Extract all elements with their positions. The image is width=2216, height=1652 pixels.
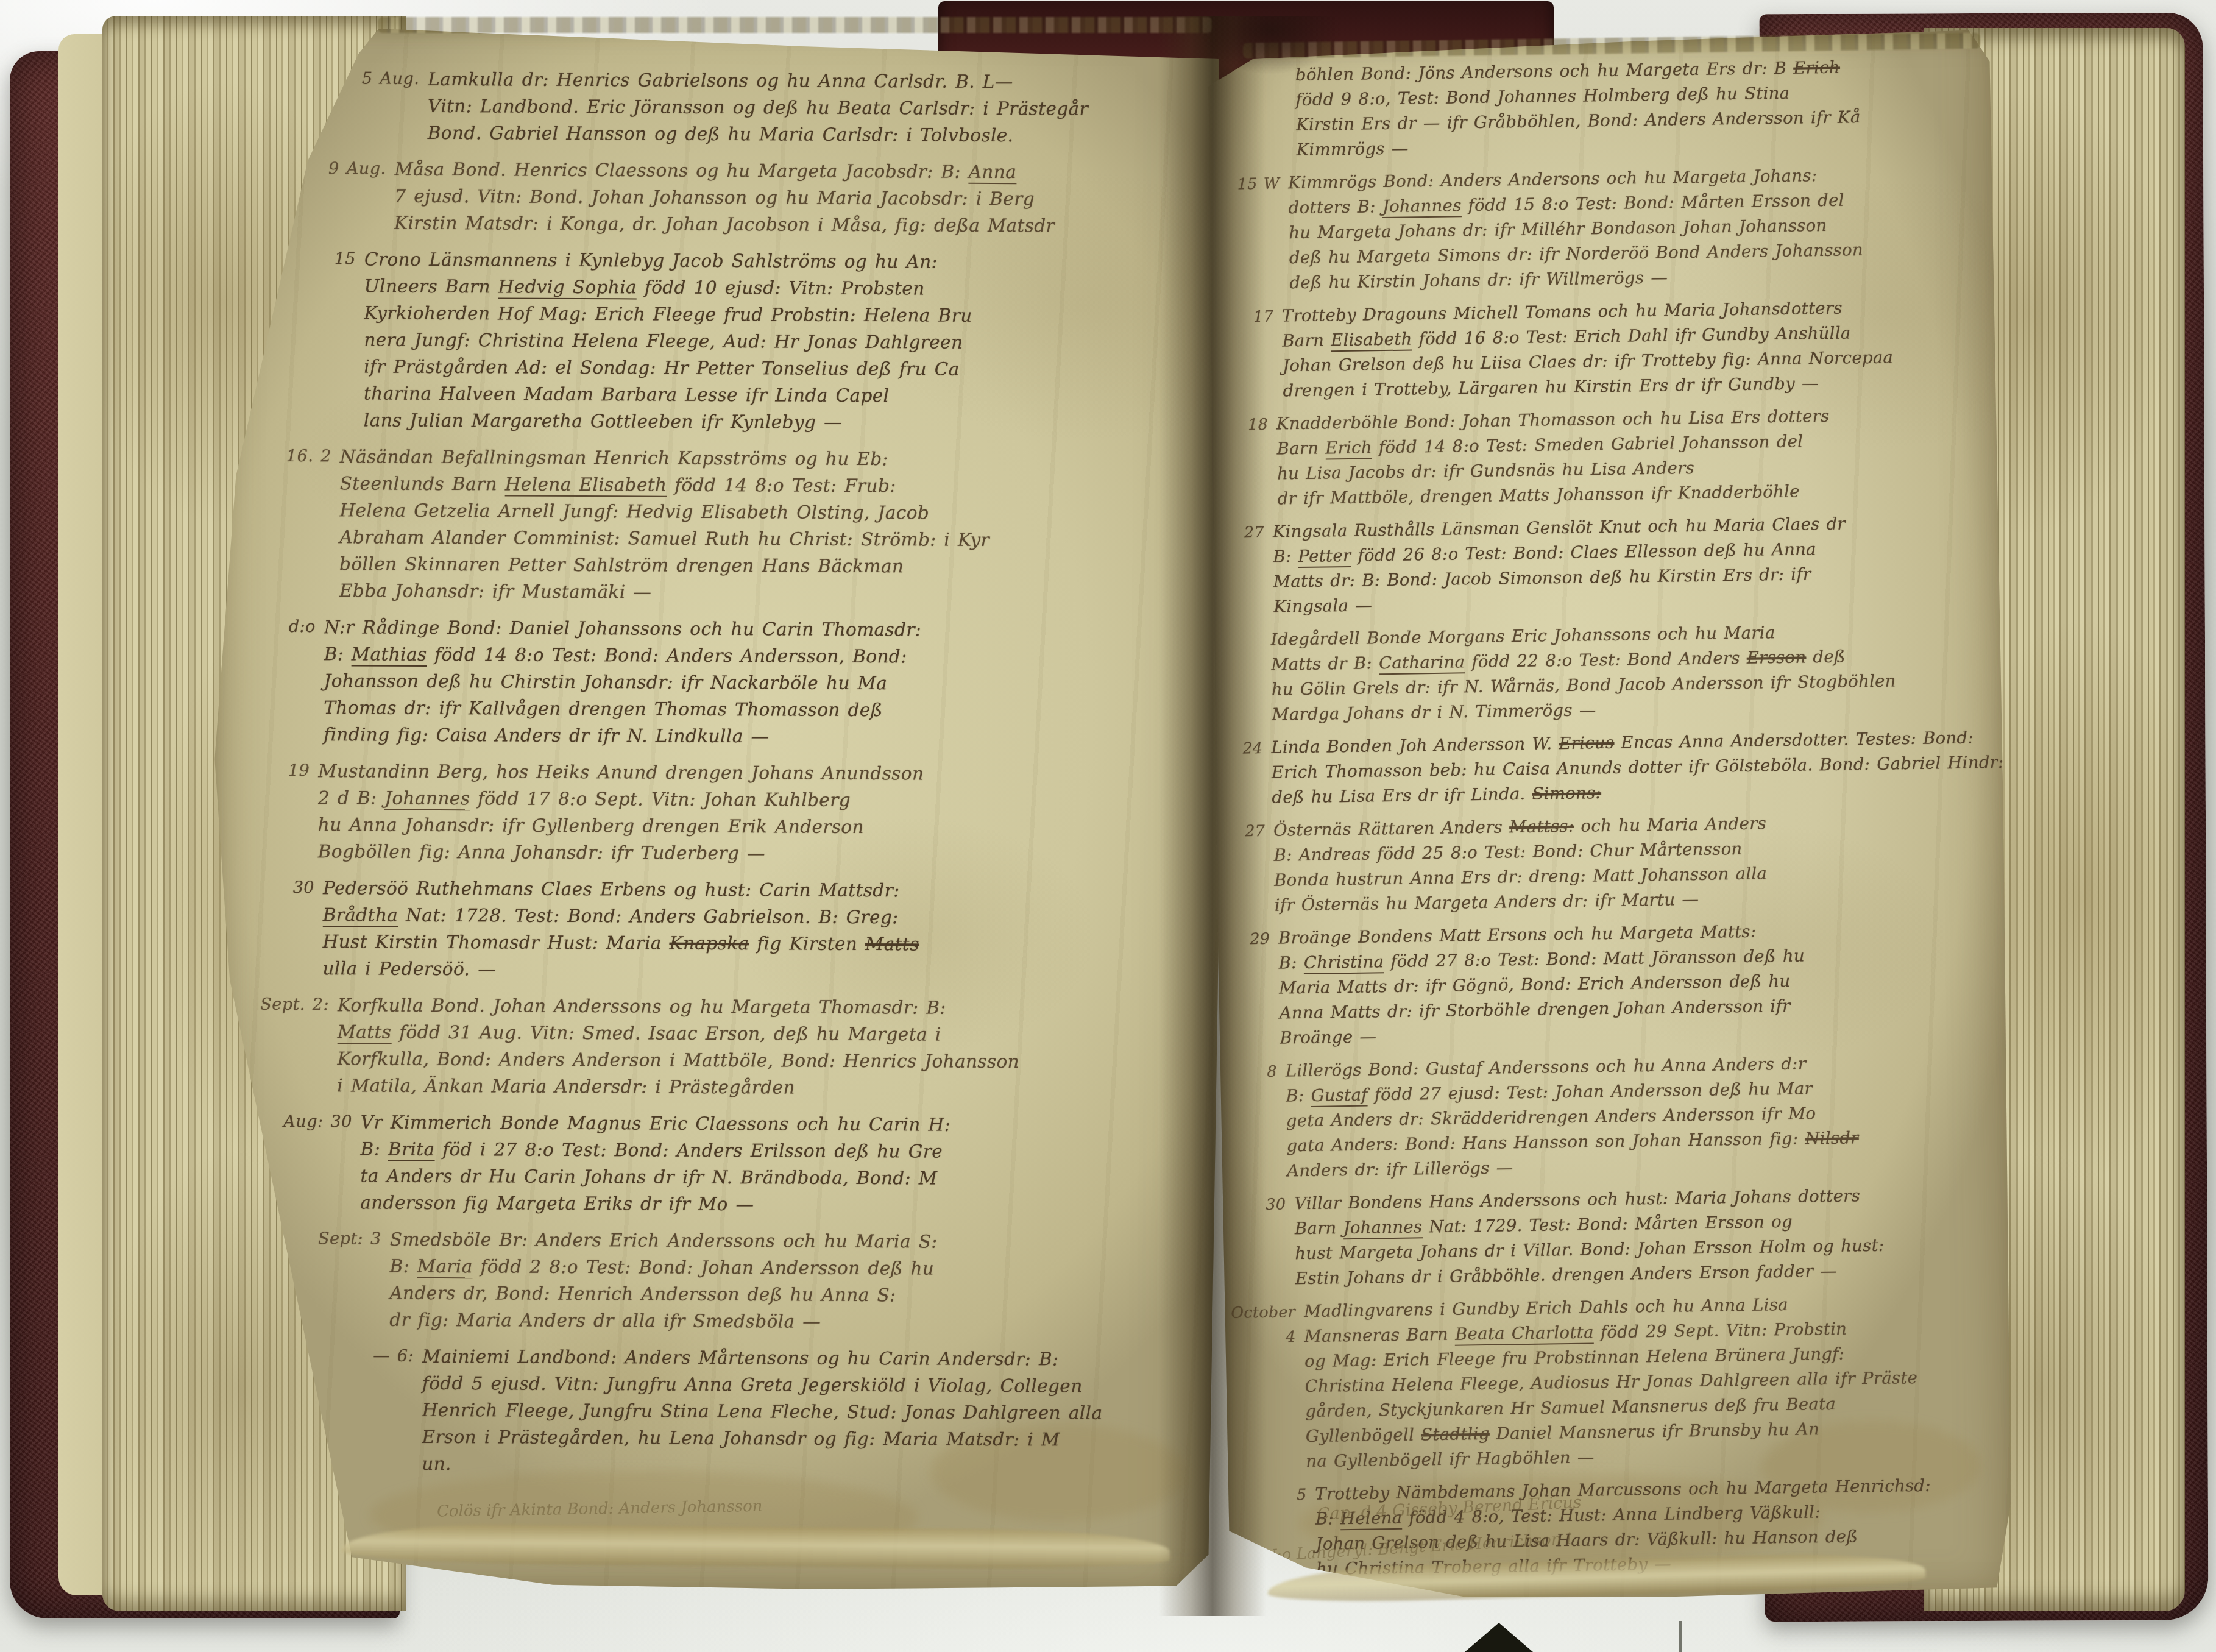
register-entry: October 4Madlingvarens i Gundby Erich Da… <box>1304 1289 2007 1474</box>
entry-line: Crono Länsmannens i Kynlebyg Jacob Sahls… <box>364 246 1175 276</box>
register-entry: 9 Aug.Måsa Bond. Henrics Claessons og hu… <box>394 156 1205 240</box>
entry-line: ta Anders dr Hu Carin Johans dr ifr N. B… <box>360 1162 1170 1193</box>
entry-line: tharina Halveen Madam Barbara Lesse ifr … <box>364 380 1174 410</box>
table-mark <box>1679 1621 1682 1652</box>
register-entry: 5 Aug.Lamkulla dr: Henrics Gabrielsons o… <box>428 66 1239 150</box>
entry-line: 7 ejusd. Vitn: Bond. Johan Johansson og … <box>394 183 1205 213</box>
entry-line: Anders dr, Bond: Henrich Andersson deß h… <box>389 1280 1200 1310</box>
entry-line: N:r Rådinge Bond: Daniel Johanssons och … <box>324 614 1135 644</box>
entry-line: Matts född 31 Aug. Vitn: Smed. Isaac Ers… <box>338 1018 1148 1049</box>
margin-date: 16. 2 <box>242 443 331 470</box>
entry-line: B: Maria född 2 8:o Test: Bond: Johan An… <box>390 1253 1200 1283</box>
entry-line: böllen Skinnaren Petter Sahlström drenge… <box>339 550 1150 581</box>
entry-line: B: Mathias född 14 8:o Test: Bond: Ander… <box>324 640 1135 671</box>
entry-line: hu Anna Johansdr: ifr Gyllenberg drengen… <box>318 811 1128 842</box>
margin-date: 15 W <box>1206 171 1280 197</box>
entry-line: ifr Prästgården Ad: el Sondag: Hr Petter… <box>364 353 1174 383</box>
page-left: 5 Aug.Lamkulla dr: Henrics Gabrielsons o… <box>211 18 1223 1598</box>
entry-line: lans Julian Margaretha Gottleeben ifr Ky… <box>364 406 1174 437</box>
margin-date: 30 <box>1212 1191 1286 1218</box>
margin-date: 9 Aug. <box>297 155 386 183</box>
text-block-left: 5 Aug.Lamkulla dr: Henrics Gabrielsons o… <box>422 66 1238 1491</box>
register-entry: 29Broänge Bondens Matt Ersons och hu Mar… <box>1278 916 1981 1051</box>
entry-line: Kyrkioherden Hof Mag: Erich Fleege frud … <box>364 299 1175 330</box>
entry-line: Kirstin Matsdr: i Konga, dr. Johan Jacob… <box>394 210 1205 240</box>
entry-line: Bond. Gabriel Hansson og deß hu Maria Ca… <box>428 119 1238 150</box>
entry-line: finding fig: Caisa Anders dr ifr N. Lind… <box>324 721 1134 751</box>
entry-line: Helena Getzelia Arnell Jungf: Hedvig Eli… <box>339 497 1150 527</box>
margin-date: 19 <box>221 757 310 784</box>
entry-line: nera Jungf: Christina Helena Fleege, Aud… <box>364 326 1174 356</box>
entry-line: Korfkulla Bond. Johan Anderssons og hu M… <box>338 991 1148 1022</box>
entry-line: Vr Kimmerich Bonde Magnus Eric Claessons… <box>361 1108 1171 1139</box>
register-entry: 24Linda Bonden Joh Andersson W. Ericus E… <box>1271 726 1973 810</box>
entry-line: Johansson deß hu Chirstin Johansdr: ifr … <box>324 667 1134 698</box>
register-entry: 30Pedersöö Ruthehmans Claes Erbens og hu… <box>322 874 1133 985</box>
margin-date: Sept. 2: <box>240 991 329 1019</box>
entry-line: Bogböllen fig: Anna Johansdr: ifr Tuderb… <box>318 838 1128 868</box>
register-entry: 8Lillerögs Bond: Gustaf Anderssons och h… <box>1286 1049 1988 1183</box>
entry-line: Smedsböle Br: Anders Erich Anderssons oc… <box>390 1226 1200 1257</box>
register-entry: Aug: 30Vr Kimmerich Bonde Magnus Eric Cl… <box>360 1108 1171 1219</box>
entry-line: Ulneers Barn Hedvig Sophia född 10 ejusd… <box>364 272 1175 303</box>
entry-line: Lamkulla dr: Henrics Gabrielsons og hu A… <box>428 66 1238 96</box>
entry-line: Näsändan Befallningsman Henrich Kapsströ… <box>340 443 1150 473</box>
entry-line: B: Brita föd i 27 8:o Test: Bond: Anders… <box>361 1135 1171 1166</box>
entry-line: Steenlunds Barn Helena Elisabeth född 14… <box>340 470 1150 500</box>
margin-date: — 6: <box>325 1342 414 1370</box>
entry-line: dr fig: Maria Anders dr alla ifr Smedsbö… <box>389 1306 1200 1337</box>
register-entry: 19Mustandinn Berg, hos Heiks Anund dreng… <box>318 757 1129 868</box>
entry-line: Mainiemi Landbond: Anders Mårtensons og … <box>422 1343 1233 1374</box>
entry-line: Ebba Johansdr: ifr Mustamäki — <box>339 577 1150 608</box>
entry-line: Henrich Fleege, Jungfru Stina Lena Flech… <box>422 1397 1233 1427</box>
register-entry: 27Östernäs Rättaren Anders Mattss: och h… <box>1273 809 1975 918</box>
text-block-right: böhlen Bond: Jöns Andersons och hu Marge… <box>1295 53 2017 1590</box>
register-entry: 16. 2Näsändan Befallningsman Henrich Kap… <box>339 443 1150 608</box>
entry-line: andersson fig Margeta Eriks dr ifr Mo — <box>360 1189 1170 1219</box>
register-entry: 15 WKimmrögs Bond: Anders Andersons och … <box>1288 161 1991 296</box>
margin-date: d:o <box>227 613 316 640</box>
entry-line: Brådtha Nat: 1728. Test: Bond: Anders Ga… <box>323 901 1133 932</box>
entry-line: Korfkulla, Bond: Anders Anderson i Mattb… <box>338 1045 1148 1076</box>
register-entry: Idegårdell Bonde Morgans Eric Johanssons… <box>1270 618 1972 728</box>
register-entry: 15Crono Länsmannens i Kynlebyg Jacob Sah… <box>364 246 1175 437</box>
register-entry: 17Trotteby Dragouns Michell Tomans och h… <box>1282 294 1984 403</box>
register-entry: d:oN:r Rådinge Bond: Daniel Johanssons o… <box>324 614 1135 751</box>
book-cradle-wedge <box>1465 1623 1533 1652</box>
entry-line: ulla i Pedersöö. — <box>322 955 1133 985</box>
register-entry: Sept. 2:Korfkulla Bond. Johan Anderssons… <box>337 991 1148 1102</box>
entry-line: Erson i Prästegården, hu Lena Johansdr o… <box>422 1423 1232 1454</box>
register-entry: 30Villar Bondens Hans Anderssons och hus… <box>1294 1182 1996 1291</box>
entry-line: Måsa Bond. Henrics Claessons og hu Marge… <box>394 156 1205 186</box>
entry-line: 2 d B: Johannes född 17 8:o Sept. Vitn: … <box>318 784 1128 815</box>
margin-date: Sept: 3 <box>292 1225 381 1253</box>
entry-line: Abraham Alander Comminist: Samuel Ruth h… <box>339 523 1150 554</box>
page-right: böhlen Bond: Jöns Andersons och hu Marge… <box>1205 30 2014 1609</box>
entry-line: Mustandinn Berg, hos Heiks Anund drengen… <box>318 757 1128 788</box>
entry-line: un. <box>422 1450 1232 1481</box>
margin-date: 17 <box>1200 304 1274 330</box>
book-photograph: 5 Aug.Lamkulla dr: Henrics Gabrielsons o… <box>0 0 2216 1652</box>
margin-date: Aug: 30 <box>263 1108 352 1136</box>
margin-date: October 4 <box>1222 1299 1296 1350</box>
margin-date: 5 <box>1233 1482 1307 1508</box>
register-entry: böhlen Bond: Jöns Andersons och hu Marge… <box>1295 53 1997 163</box>
entry-line: Thomas dr: ifr Kallvågen drengen Thomas … <box>324 694 1134 725</box>
margin-date: 30 <box>225 874 314 901</box>
register-entry: 27Kingsala Rusthålls Länsman Genslöt Knu… <box>1272 510 1974 620</box>
entry-line: Hust Kirstin Thomasdr Hust: Maria Knapsk… <box>323 928 1133 959</box>
entry-line: Vitn: Landbond. Eric Jöransson og deß hu… <box>428 93 1238 123</box>
page-head-edge-left <box>378 17 1212 33</box>
entry-line: Pedersöö Ruthehmans Claes Erbens og hust… <box>323 874 1133 905</box>
register-entry: Sept: 3Smedsböle Br: Anders Erich Anders… <box>389 1226 1200 1337</box>
entry-line: född 5 ejusd. Vitn: Jungfru Anna Greta J… <box>422 1370 1233 1400</box>
entry-line: i Matila, Änkan Maria Andersdr: i Präste… <box>337 1072 1147 1102</box>
register-entry: — 6:Mainiemi Landbond: Anders Mårtensons… <box>422 1343 1233 1481</box>
register-entry: 18Knadderböhle Bond: Johan Thomasson och… <box>1276 402 1978 512</box>
